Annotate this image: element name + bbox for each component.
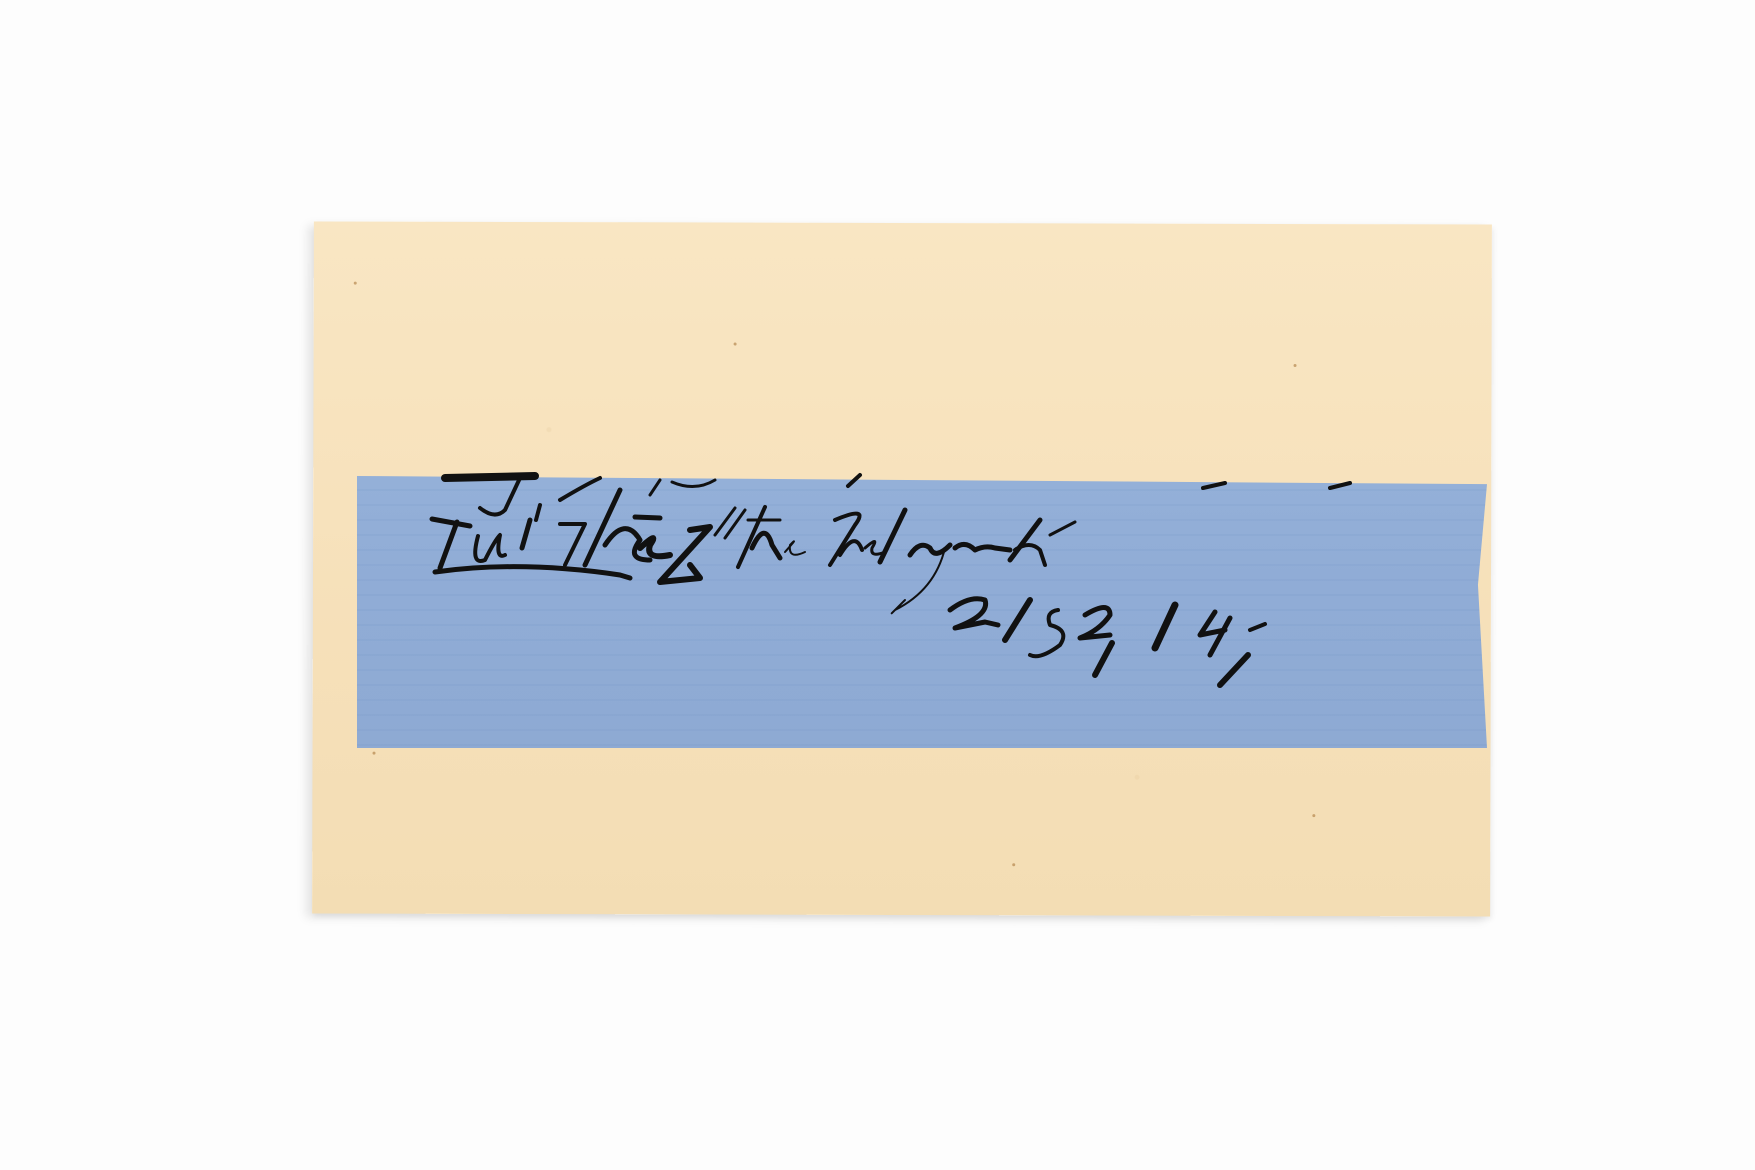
blue-paper-strip bbox=[357, 476, 1487, 748]
paper-speck bbox=[1312, 814, 1315, 817]
paper-speck bbox=[1294, 364, 1297, 367]
paper-speck bbox=[1012, 863, 1015, 866]
paper-speck bbox=[373, 752, 376, 755]
photo-background: Tu't 7kẽ ['the hel yondes' 2152,14, bbox=[0, 0, 1755, 1170]
paper-speck bbox=[734, 343, 737, 346]
paper-speck bbox=[354, 282, 357, 285]
